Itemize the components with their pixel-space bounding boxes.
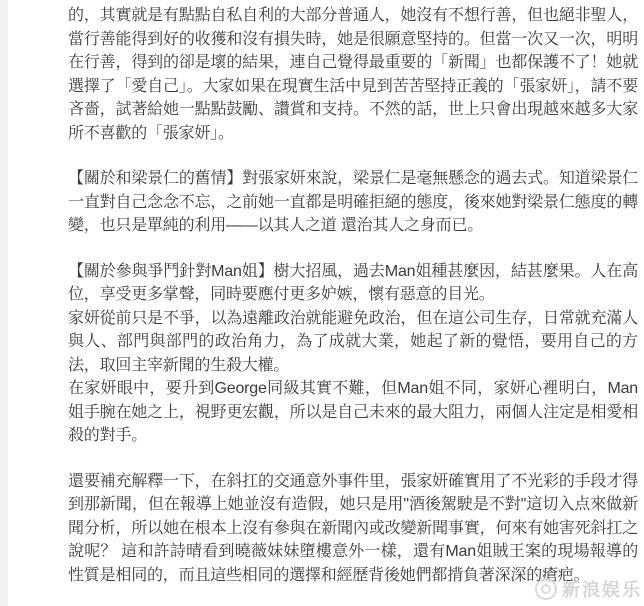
paragraph-feud-man-1: 【關於參與爭鬥針對Man姐】樹大招風，過去Man姐種甚麼因，結甚麼果。人在高位，…: [68, 260, 638, 307]
page-edge-strip: [0, 0, 8, 606]
paragraph-clarification: 還要補充解釋一下，在斜扛的交通意外事件里，張家妍確實用了不光彩的手段才得到那新聞…: [68, 470, 638, 588]
post-text-body: 的，其實就是有點點自私自利的大部分普通人，她沒有不想行善，但也絕非聖人，當行善能…: [68, 4, 638, 587]
paragraph-intro: 的，其實就是有點點自私自利的大部分普通人，她沒有不想行善，但也絕非聖人，當行善能…: [68, 4, 638, 145]
paragraph-feud-man-2: 家妍從前只是不爭，以為遠離政治就能避免政治，但在這公司生存，日常就充滿人與人、部…: [68, 307, 638, 378]
paragraph-old-romance: 【關於和梁景仁的舊情】對張家妍來說，梁景仁是毫無懸念的過去式。知道梁景仁一直對自…: [68, 167, 638, 238]
sina-logo-icon: [535, 578, 557, 600]
sina-watermark-label: 新浪娱乐: [562, 576, 642, 602]
paragraph-feud-man-3: 在家妍眼中，要升到George同級其實不難，但Man姐不同，家妍心裡明白，Man…: [68, 377, 638, 448]
sina-watermark: 新浪娱乐: [535, 576, 642, 602]
